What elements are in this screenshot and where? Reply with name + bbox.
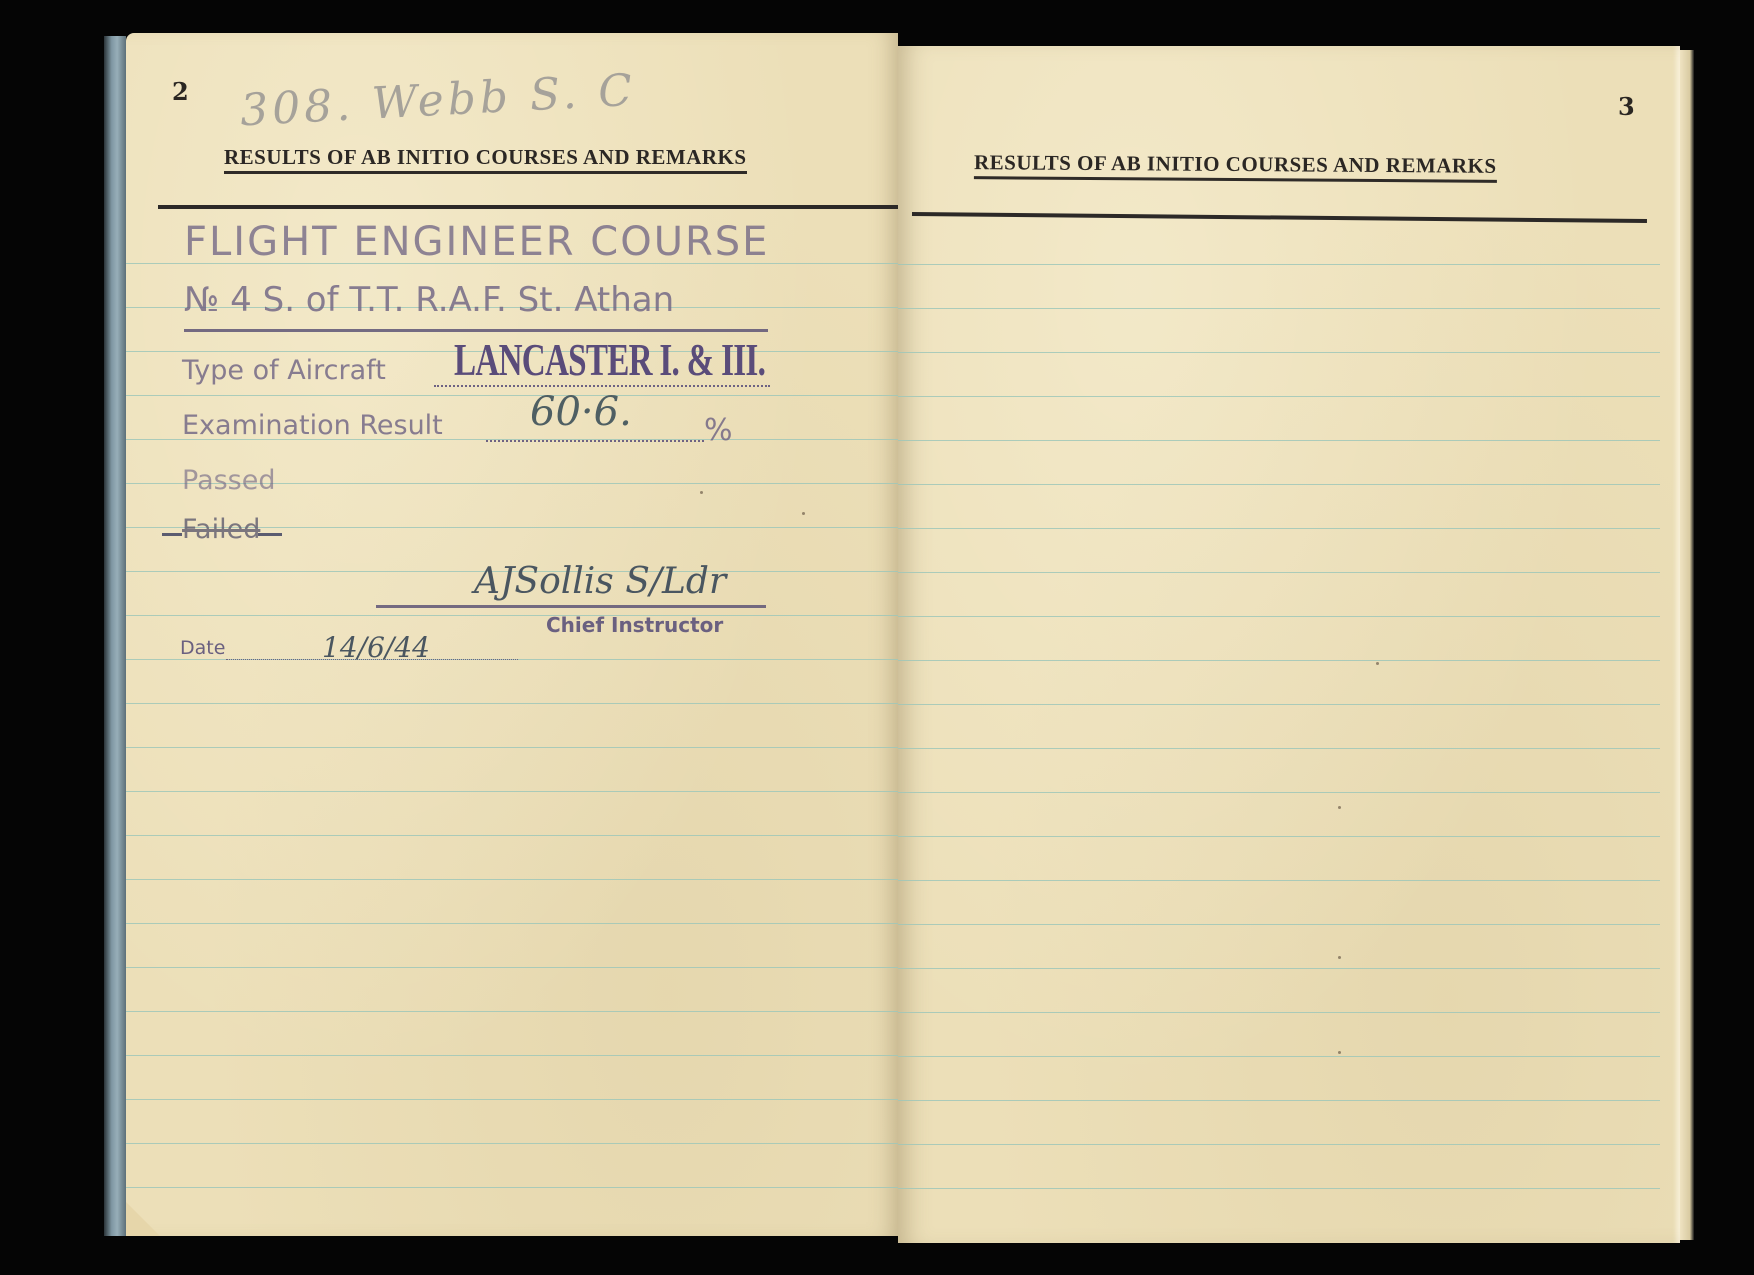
page-header: RESULTS OF AB INITIO COURSES AND REMARKS [974, 150, 1497, 183]
stamp-rule [184, 329, 768, 332]
percent-sign: % [704, 413, 733, 448]
signature-line [376, 605, 766, 608]
exam-label: Examination Result [182, 410, 443, 441]
strike-through-right [258, 533, 282, 536]
date-label: Date [180, 637, 225, 659]
exam-dotted-line [486, 440, 704, 442]
aircraft-label: Type of Aircraft [182, 355, 386, 386]
header-rule [158, 205, 898, 209]
stamp-course-title: FLIGHT ENGINEER COURSE [184, 219, 769, 265]
page-number: 3 [1618, 92, 1635, 121]
aircraft-value: LANCASTER I. & III. [454, 333, 765, 386]
ruled-lines [126, 33, 898, 1236]
date-value: 14/6/44 [322, 631, 430, 664]
failed-label-struck: Failed [182, 514, 260, 545]
right-page: 3 RESULTS OF AB INITIO COURSES AND REMAR… [898, 46, 1680, 1243]
page-number: 2 [172, 77, 189, 106]
aircraft-dotted-line [434, 385, 770, 387]
signature: AJSollis S/Ldr [474, 561, 726, 602]
left-page: 2 308. Webb S. C RESULTS OF AB INITIO CO… [126, 33, 898, 1236]
page-header: RESULTS OF AB INITIO COURSES AND REMARKS [224, 145, 747, 174]
book-cover-edge [104, 36, 126, 1236]
signature-title: Chief Instructor [546, 613, 723, 637]
exam-value: 60·6. [530, 389, 632, 435]
strike-through-left [162, 533, 182, 536]
page-corner-fold [126, 1202, 160, 1236]
stamp-unit: № 4 S. of T.T. R.A.F. St. Athan [184, 280, 674, 320]
passed-label: Passed [182, 465, 276, 496]
page-stack-edge [1680, 50, 1694, 1240]
ruled-lines [898, 46, 1680, 1243]
